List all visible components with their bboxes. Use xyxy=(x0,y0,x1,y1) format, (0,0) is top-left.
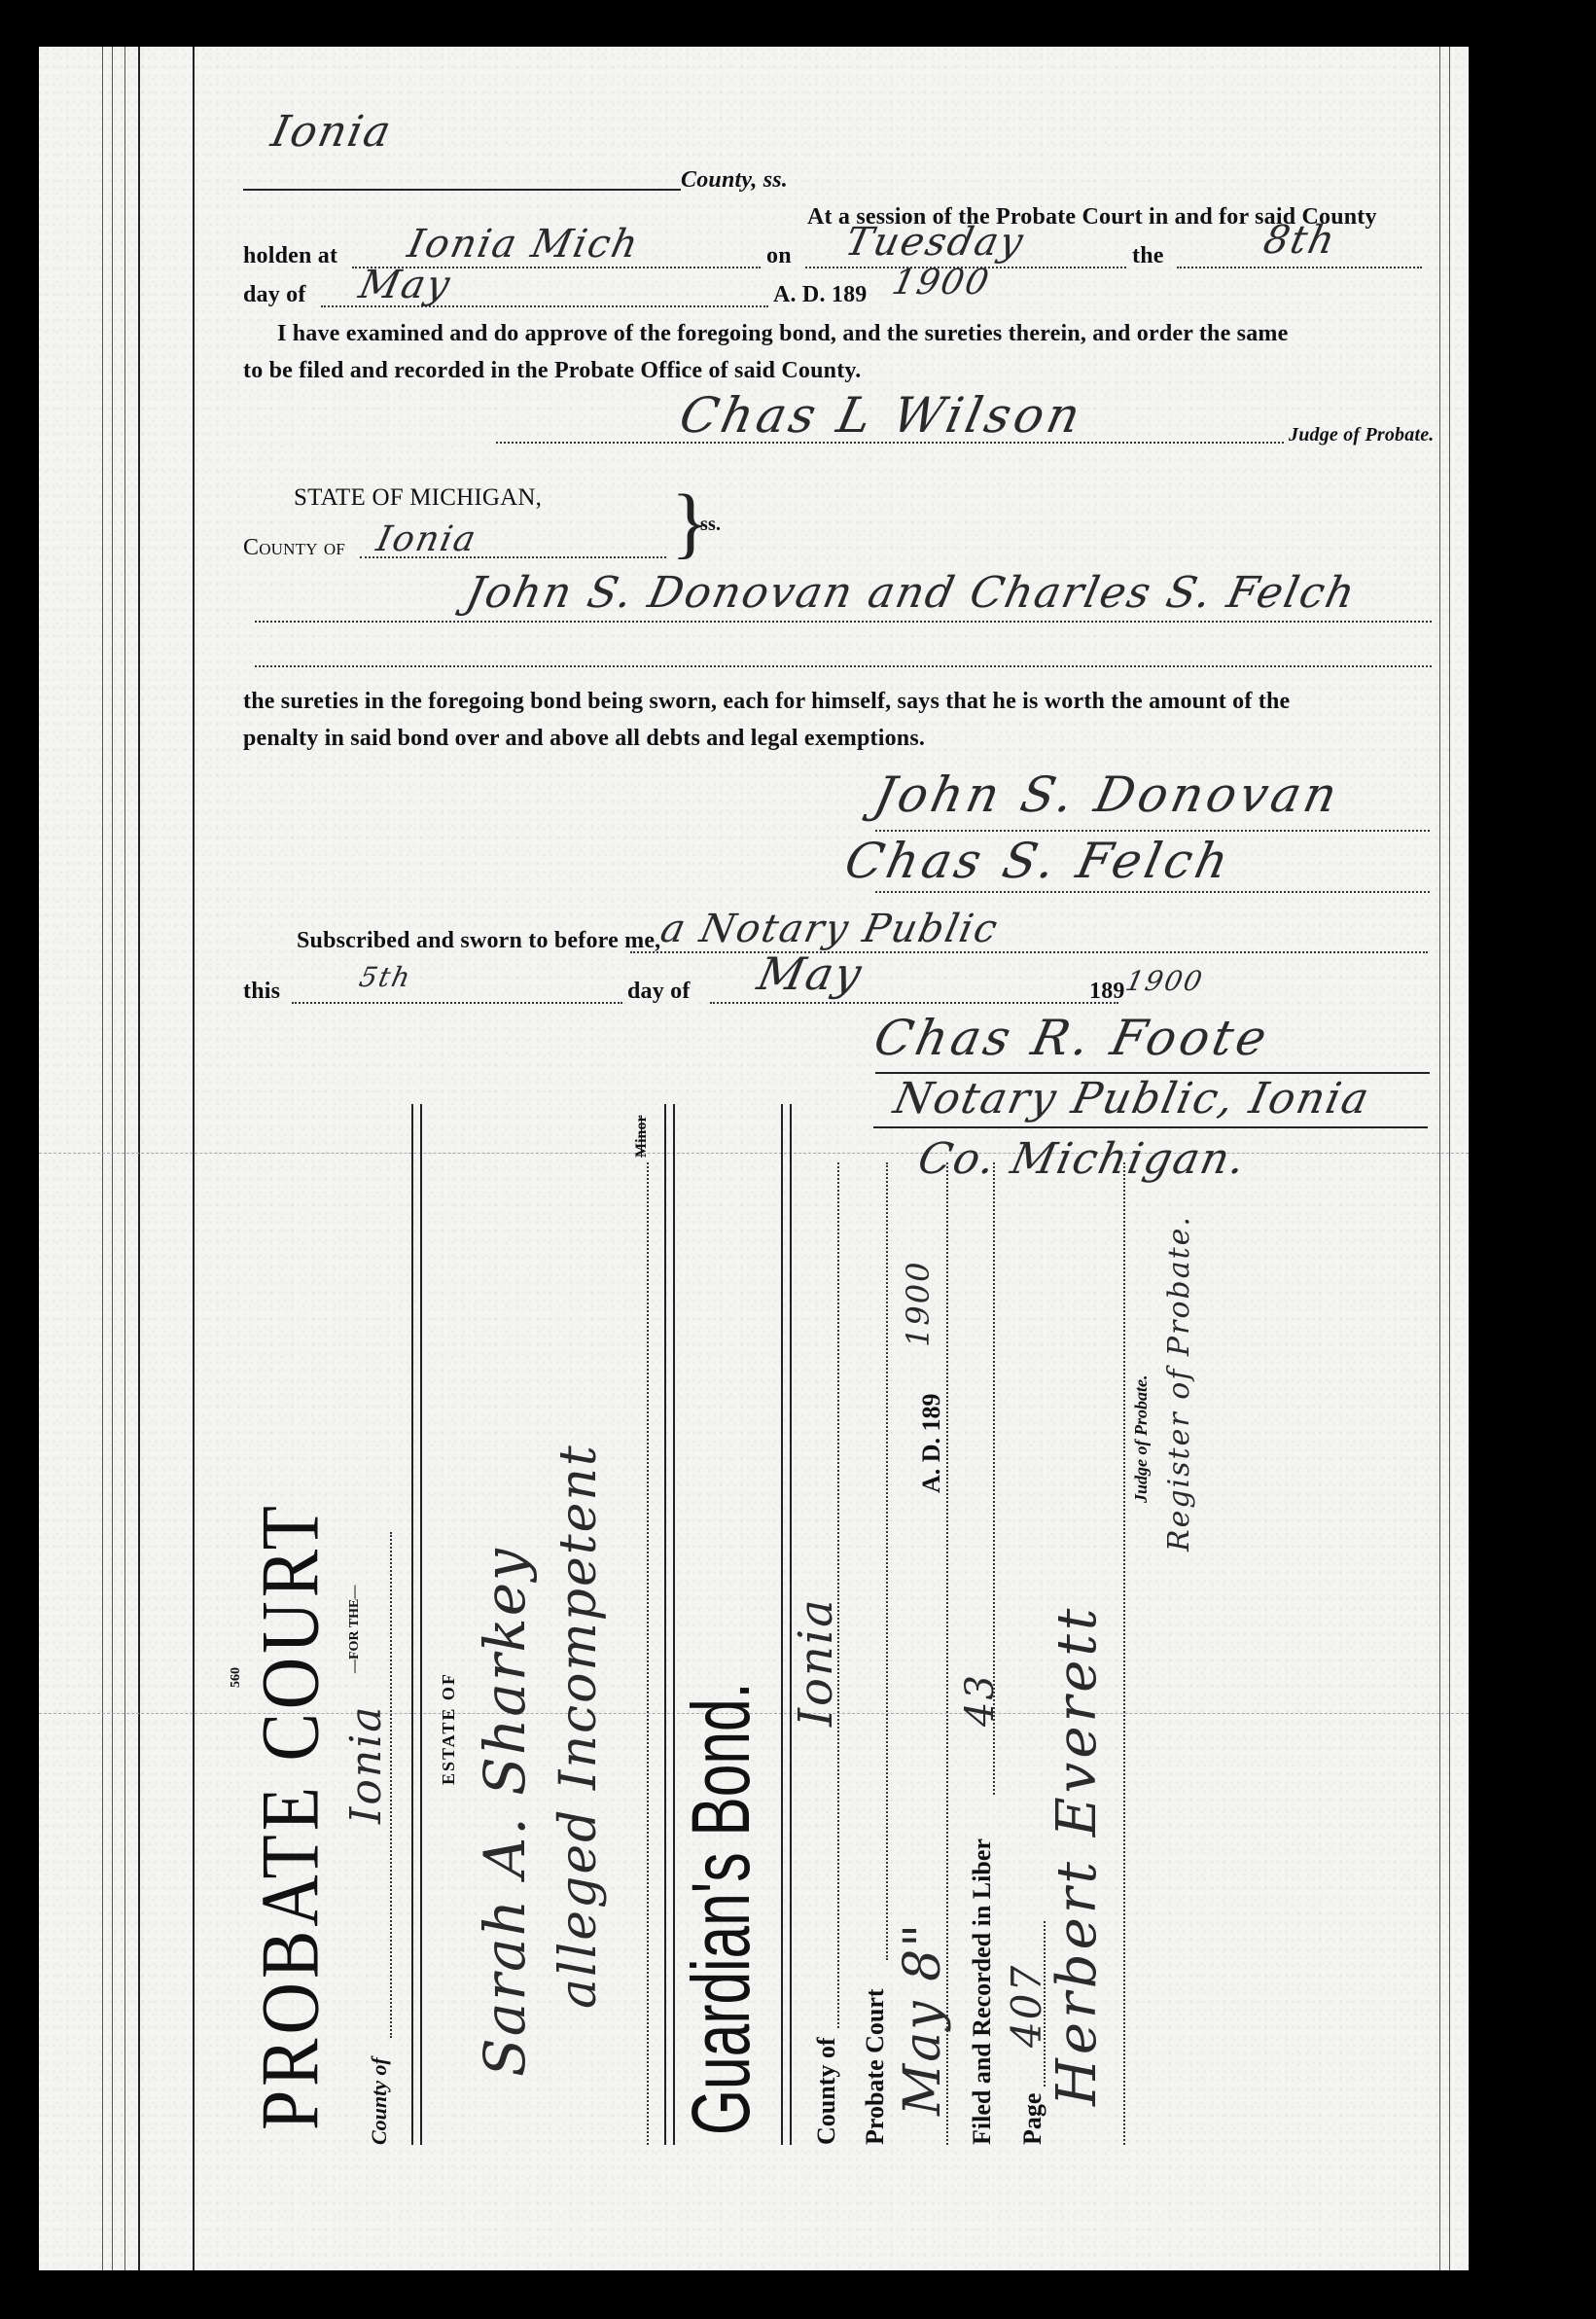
torn-edge xyxy=(58,2266,1469,2284)
form-number: 560 xyxy=(229,1667,244,1688)
sureties-line-1 xyxy=(255,621,1432,623)
estate-note: alleged Incompetent xyxy=(550,1444,608,2009)
signature-line xyxy=(1123,1162,1125,2145)
subscribed-value: a Notary Public xyxy=(656,907,1003,951)
county-of-label: County of xyxy=(367,2057,392,2145)
page-value: 407 xyxy=(1003,1964,1050,2048)
sureties-names: John S. Donovan and Charles S. Felch xyxy=(462,568,1362,618)
this-label: this xyxy=(243,979,280,1005)
ss-label: ss. xyxy=(700,514,721,536)
surety-signature-line-2 xyxy=(875,891,1430,893)
probate-court-line xyxy=(886,1162,888,1960)
court-title: PROBATE COURT xyxy=(244,1502,339,2130)
on-label: on xyxy=(766,243,792,269)
county-ss-label: County, ss. xyxy=(681,167,788,194)
on-value: Tuesday xyxy=(841,220,1028,265)
year-value: 1900 xyxy=(1122,965,1206,997)
minor-label: Minor xyxy=(633,1115,651,1158)
county-value-2: Ionia xyxy=(789,1597,843,1727)
state-label: STATE OF MICHIGAN, xyxy=(294,484,542,512)
this-line xyxy=(292,1002,622,1004)
filed-label: Filed and Recorded in Liber xyxy=(968,1838,997,2145)
bond-title: Guardian's Bond. xyxy=(674,1683,768,2135)
rule-double xyxy=(411,1104,422,2145)
margin-rule xyxy=(1449,47,1450,2270)
day-of-value-2: May xyxy=(753,947,868,1000)
margin-rule xyxy=(138,47,140,2270)
register-of-probate-label: Register of Probate. xyxy=(1162,1215,1196,1552)
county-line xyxy=(243,189,681,191)
margin-rule xyxy=(1439,47,1440,2270)
day-of-value: May xyxy=(355,263,455,307)
approval-paragraph-line-1: I have examined and do approve of the fo… xyxy=(277,321,1288,347)
sureties-line-2 xyxy=(255,665,1432,667)
holden-at-label: holden at xyxy=(243,243,337,269)
the-value: 8th xyxy=(1259,218,1340,263)
day-of-label: day of xyxy=(243,282,306,308)
docket-back: 560 PROBATE COURT —FOR THE— County of Io… xyxy=(190,1085,1328,2194)
margin-rule xyxy=(112,47,113,2270)
margin-rule xyxy=(102,47,103,2270)
day-of-line-2 xyxy=(710,1002,1118,1004)
judge-of-probate-label: Judge of Probate. xyxy=(1131,1375,1152,1503)
ad-label: A. D. 189 xyxy=(917,1393,946,1493)
probate-court-label: Probate Court xyxy=(861,1988,890,2145)
approval-paragraph-line-2: to be filed and recorded in the Probate … xyxy=(243,358,862,384)
estate-name: Sarah A. Sharkey xyxy=(472,1547,538,2077)
affidavit-paragraph-line-1: the sureties in the foregoing bond being… xyxy=(243,689,1290,715)
estate-of-label: ESTATE OF xyxy=(439,1672,459,1785)
county-of-value: Ionia xyxy=(373,519,481,559)
surety-signature-1: John S. Donovan xyxy=(869,767,1346,823)
affidavit-paragraph-line-2: penalty in said bond over and above all … xyxy=(243,726,925,752)
page-label: Page xyxy=(1018,2093,1047,2145)
probate-court-value: May 8" xyxy=(894,1922,952,2116)
notary-signature: Chas R. Foote xyxy=(869,1010,1275,1066)
county-of-value: Ionia xyxy=(341,1704,391,1824)
ad-label: A. D. 189 xyxy=(773,282,867,308)
liber-value: 43 xyxy=(958,1673,1003,1727)
county-line-2 xyxy=(837,1162,839,2028)
holden-at-value: Ionia Mich xyxy=(404,222,644,267)
register-signature: Herbert Everett xyxy=(1046,1605,1109,2106)
county-handwritten: Ionia xyxy=(267,107,397,157)
surety-signature-line-1 xyxy=(875,830,1430,832)
subscribed-line xyxy=(630,951,1428,953)
ad-line xyxy=(946,1162,948,2145)
judge-signature: Chas L Wilson xyxy=(675,387,1089,444)
for-the-label: —FOR THE— xyxy=(347,1586,363,1673)
subscribed-label: Subscribed and sworn to before me, xyxy=(297,928,660,954)
county-label-2: County of xyxy=(812,2037,841,2145)
year-label: 189 xyxy=(1089,979,1125,1005)
judge-signature-line xyxy=(496,442,1284,444)
judge-title: Judge of Probate. xyxy=(1289,424,1435,446)
margin-rule xyxy=(124,47,125,2270)
the-label: the xyxy=(1132,243,1164,269)
this-value: 5th xyxy=(356,961,414,993)
surety-signature-2: Chas S. Felch xyxy=(840,833,1237,889)
day-of-label-2: day of xyxy=(627,979,691,1005)
ad-value: 1900 xyxy=(900,1261,937,1347)
ad-value: 1900 xyxy=(889,263,994,303)
the-line xyxy=(1177,267,1422,268)
estate-line xyxy=(647,1162,649,2145)
county-of-label: County of xyxy=(243,535,345,561)
